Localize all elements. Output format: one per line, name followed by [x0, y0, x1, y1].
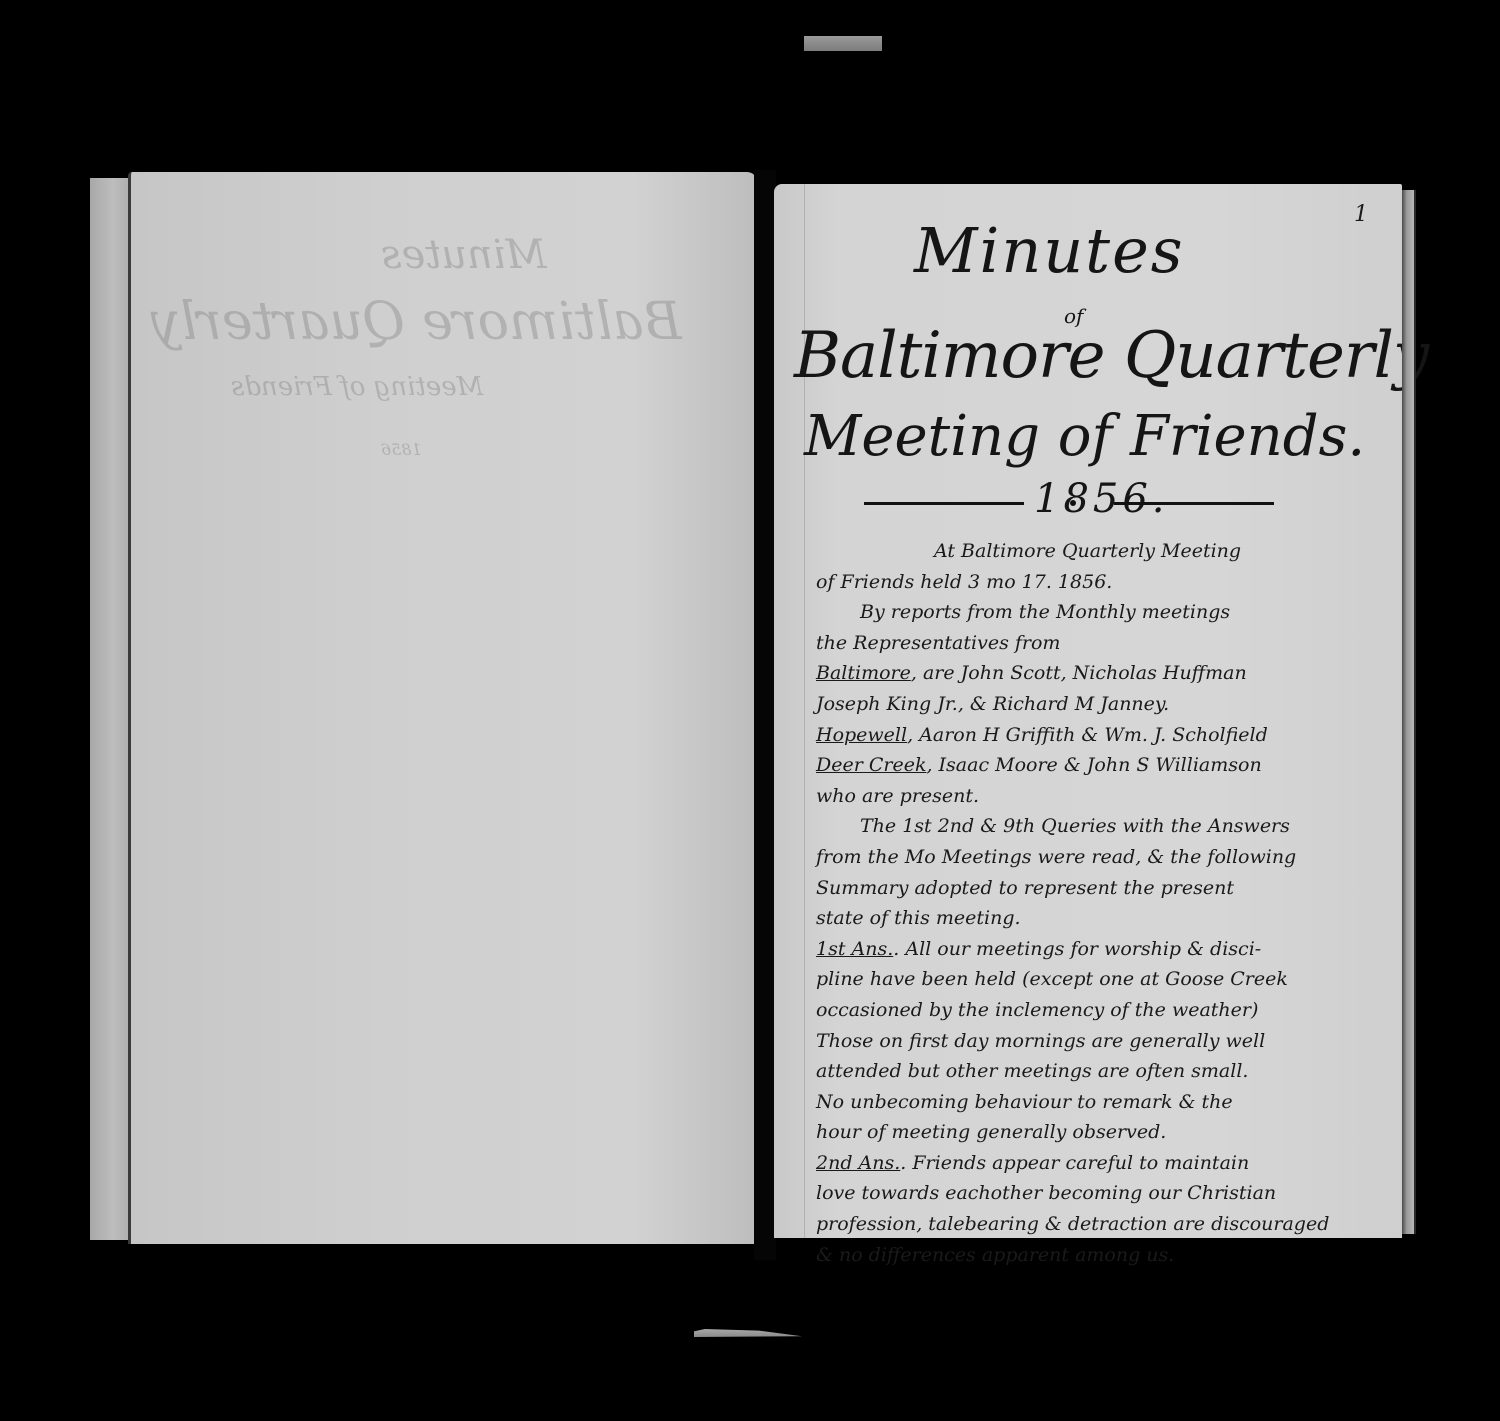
title-rule-left — [864, 502, 1024, 505]
reps-intro-line: By reports from the Monthly meetings — [816, 597, 1386, 628]
queries-line: Summary adopted to represent the present — [816, 873, 1386, 904]
answer-2-line: & no differences apparent among us. — [816, 1240, 1386, 1271]
left-cover-edge — [90, 178, 128, 1240]
queries-line: state of this meeting. — [816, 903, 1386, 934]
rep-entry-baltimore: Baltimore, are John Scott, Nicholas Huff… — [816, 658, 1386, 689]
minutes-body: At Baltimore Quarterly Meeting of Friend… — [816, 536, 1386, 1270]
rep-entry-deer-creek: Deer Creek, Isaac Moore & John S William… — [816, 750, 1386, 781]
title-rule-right — [1114, 502, 1274, 505]
meeting-name: Hopewell — [816, 724, 907, 746]
answer-1-line: hour of meeting generally observed. — [816, 1117, 1386, 1148]
title-baltimore-quarterly: Baltimore Quarterly — [794, 319, 1428, 393]
answer-1-line: Those on first day mornings are generall… — [816, 1026, 1386, 1057]
right-page-edge — [1402, 190, 1416, 1234]
answer-label: 2nd Ans. — [816, 1152, 900, 1174]
answer-1-line: No unbecoming behaviour to remark & the — [816, 1087, 1386, 1118]
title-year: 1856. — [1034, 476, 1169, 522]
answer-text: . Friends appear careful to maintain — [900, 1152, 1249, 1174]
answer-2-line: profession, talebearing & detraction are… — [816, 1209, 1386, 1240]
ghost-text: 1856 — [381, 440, 422, 459]
opening-line: At Baltimore Quarterly Meeting — [816, 536, 1386, 567]
page-number: 1 — [1354, 202, 1368, 227]
scan-marker-top — [804, 36, 882, 51]
answer-2-first-line: 2nd Ans.. Friends appear careful to main… — [816, 1148, 1386, 1179]
answer-1-first-line: 1st Ans.. All our meetings for worship &… — [816, 934, 1386, 965]
rep-entry-hopewell: Hopewell, Aaron H Griffith & Wm. J. Scho… — [816, 720, 1386, 751]
queries-line: from the Mo Meetings were read, & the fo… — [816, 842, 1386, 873]
present-line: who are present. — [816, 781, 1386, 812]
scan-marker-bottom — [694, 1329, 802, 1337]
answer-text: . All our meetings for worship & disci- — [893, 938, 1261, 960]
answer-label: 1st Ans. — [816, 938, 893, 960]
answer-1-line: attended but other meetings are often sm… — [816, 1056, 1386, 1087]
rep-names: , are John Scott, Nicholas Huffman — [911, 662, 1247, 684]
left-page-blank: Minutes Baltimore Quarterly Meeting of F… — [128, 172, 757, 1244]
rep-names: , Isaac Moore & John S Williamson — [926, 754, 1261, 776]
title-minutes: Minutes — [914, 214, 1185, 287]
answer-1-line: pline have been held (except one at Goos… — [816, 964, 1386, 995]
ghost-text: Meeting of Friends — [231, 372, 483, 402]
rep-names: , Aaron H Griffith & Wm. J. Scholfield — [907, 724, 1268, 746]
ghost-text: Minutes — [381, 232, 547, 278]
right-page: 1 Minutes of Baltimore Quarterly Meeting… — [774, 184, 1402, 1238]
meeting-name: Baltimore — [816, 662, 911, 684]
meeting-name: Deer Creek — [816, 754, 926, 776]
reps-intro-line: the Representatives from — [816, 628, 1386, 659]
ghost-text: Baltimore Quarterly — [151, 292, 682, 352]
rep-entry-continued: Joseph King Jr., & Richard M Janney. — [816, 689, 1386, 720]
answer-1-line: occasioned by the inclemency of the weat… — [816, 995, 1386, 1026]
book-gutter — [754, 170, 776, 1260]
answer-2-line: love towards eachother becoming our Chri… — [816, 1178, 1386, 1209]
title-rule-dot — [1070, 500, 1076, 506]
opening-line: of Friends held 3 mo 17. 1856. — [816, 567, 1386, 598]
queries-line: The 1st 2nd & 9th Queries with the Answe… — [816, 811, 1386, 842]
title-meeting-of-friends: Meeting of Friends. — [804, 404, 1365, 469]
